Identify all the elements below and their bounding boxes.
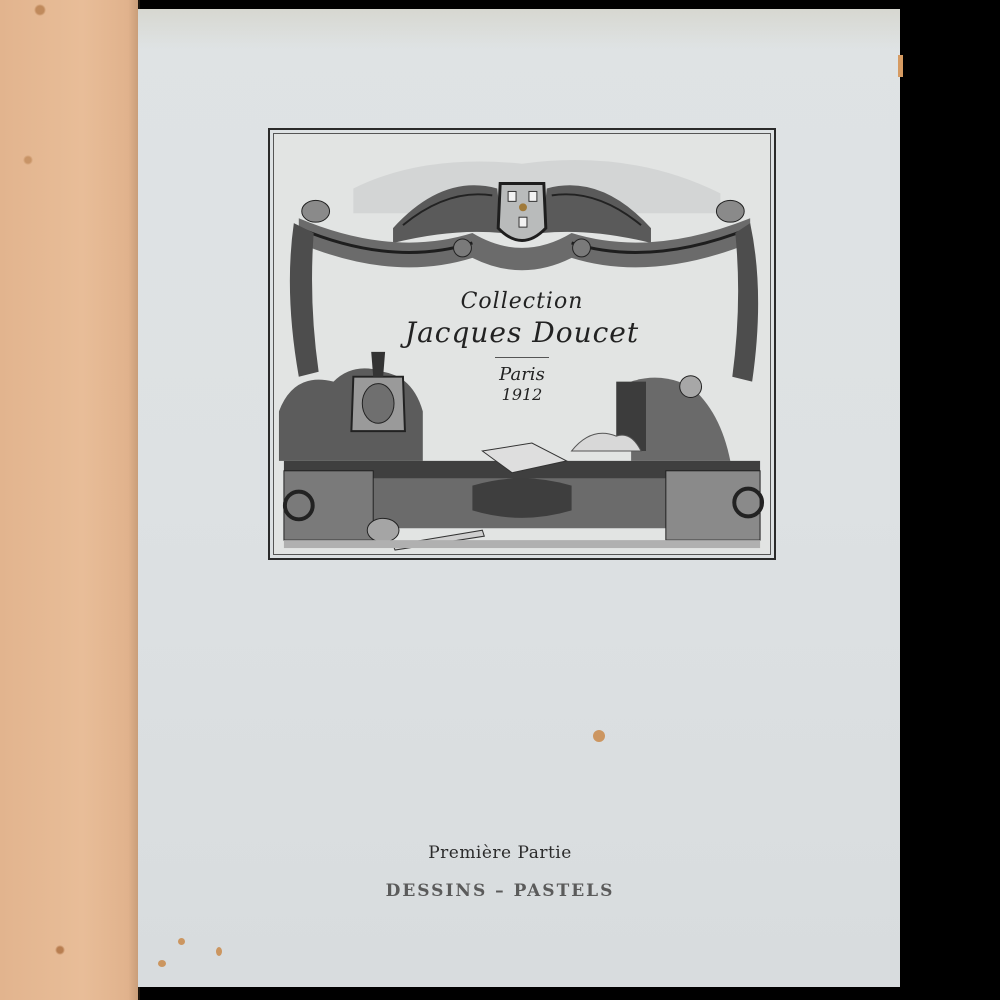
year-label: 1912 (274, 385, 770, 404)
page-edge-nick (898, 55, 903, 77)
section-subtitle: DESSINS – PASTELS (0, 881, 1000, 901)
foxing-spot (158, 960, 166, 967)
collection-label: Collection (274, 289, 770, 314)
foxing-spot (216, 947, 222, 956)
page-edge-tint (138, 9, 900, 49)
foxing-spot (593, 730, 605, 742)
engraved-frontispiece: Collection Jacques Doucet Paris 1912 (268, 128, 776, 560)
foxing-spot (178, 938, 185, 945)
collector-name: Jacques Doucet (274, 316, 770, 349)
frontispiece-title: Collection Jacques Doucet Paris 1912 (274, 289, 770, 404)
place-label: Paris (274, 364, 770, 385)
part-heading: Première Partie (0, 843, 1000, 863)
title-rule (495, 357, 549, 358)
frontispiece-panel: Collection Jacques Doucet Paris 1912 (273, 133, 771, 555)
